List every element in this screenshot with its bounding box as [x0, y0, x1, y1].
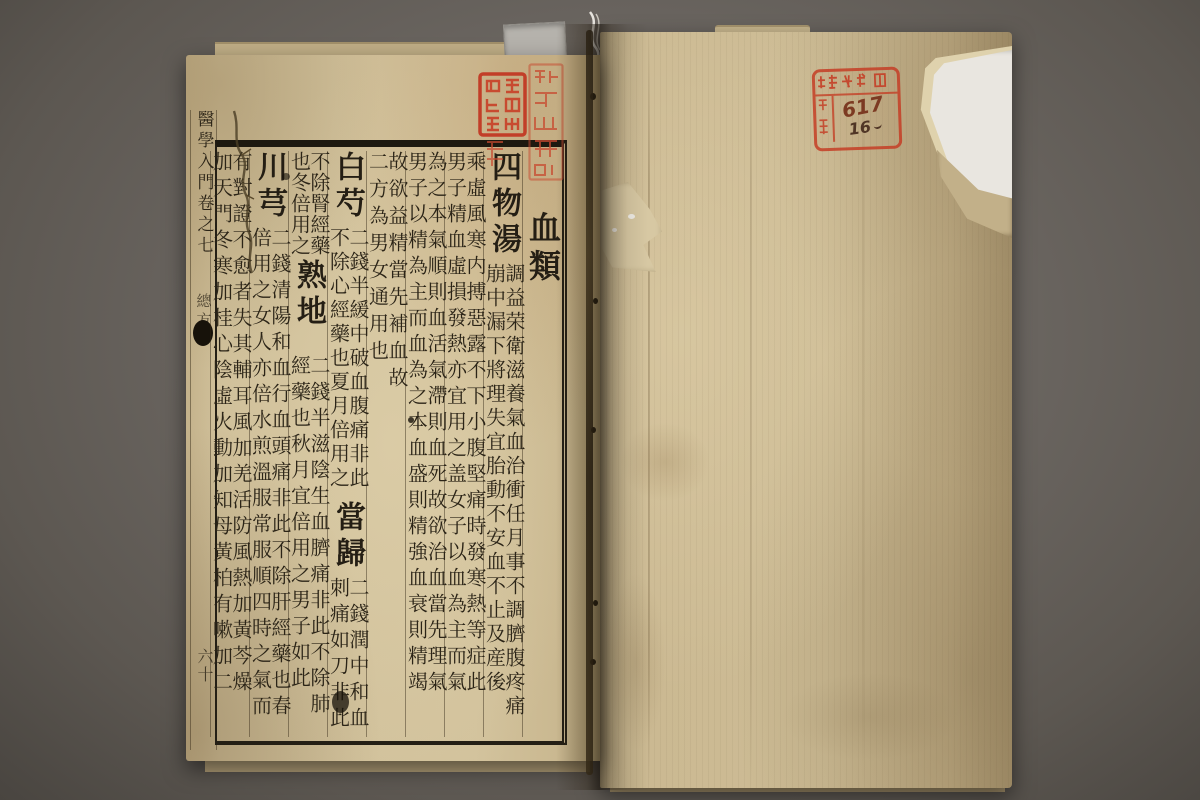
annotation-pair: 乘虛風寒内搏惡露不下小腹堅痛時發寒熱等症此 男子精血虛損發熱亦宜用之盖女子以血為…	[445, 151, 484, 741]
herb-name: 當歸	[328, 501, 367, 577]
ink-smudge	[332, 691, 349, 713]
library-stamp: 617 16	[812, 66, 903, 151]
paper-speck	[628, 214, 635, 219]
column-annotation: 故欲益精當先補血故 二方為男女通用也	[366, 151, 406, 737]
annotation-pair: 故欲益精當先補血故 二方為男女通用也	[367, 151, 406, 451]
paper-crease	[750, 32, 752, 788]
annotation-pair: 為之本氣順則血活氣滯則血死故欲治血當先理氣 男子以精為主而血為之本血盛則精強血衰…	[406, 151, 445, 741]
binding-hole	[593, 600, 598, 606]
binding-fold	[586, 30, 593, 775]
stamp-seal-characters-icon	[815, 70, 892, 93]
stamp-seal-characters-icon	[816, 96, 831, 138]
paper-stain	[620, 422, 710, 502]
text-frame: 血類 四物湯 調益荣衛滋養氣血治衝任月事不調臍腹疼痛 崩中漏下將理失宜胎動不安血…	[215, 140, 567, 745]
herb-name: 熟地	[289, 259, 328, 355]
annotation-pair: 二錢潤中和血 刺痛如刀非此	[328, 577, 367, 737]
photo-backdrop: 617 16 醫學入門卷之七 總方 六十 血類 四物湯 調益荣衛滋養氣血治衝任月…	[0, 0, 1200, 800]
seal-fragment-icon	[484, 139, 506, 169]
annotation-pair: 二錢半緩中破血腹痛非此 不除心經藥也夏月倍用之	[328, 227, 367, 501]
handwritten-volume-number: 16	[847, 115, 883, 138]
paper-stain	[606, 572, 666, 752]
herb-name: 白芍	[328, 151, 367, 227]
left-page: 醫學入門卷之七 總方 六十 血類 四物湯 調益荣衛滋養氣血治衝任月事不調臍腹疼痛…	[186, 55, 600, 761]
paper-crack	[226, 107, 266, 277]
annotation-pair: 不除腎經藥 也冬倍用之	[289, 151, 328, 259]
paper-stain	[780, 672, 960, 762]
column-category: 血類	[522, 151, 562, 737]
column-herbs: 不除腎經藥 也冬倍用之 熟地 二錢半滋陰生血臍痛非此不除肺 經藥也秋月宜倍用之男…	[288, 151, 328, 737]
annotation-pair: 調益荣衛滋養氣血治衝任月事不調臍腹疼痛 崩中漏下將理失宜胎動不安血不止及産後	[484, 263, 523, 741]
ink-dot	[408, 417, 414, 423]
right-page: 617 16	[600, 32, 1012, 788]
ink-dot	[282, 173, 290, 180]
collector-seal-icon	[478, 72, 527, 137]
paper-speck	[612, 228, 617, 232]
annotation-pair: 二錢清陽和血行血頭痛非此不除肝經藥也春 倍用之女人亦倍水煎溫服常服順四時之氣而	[250, 227, 289, 739]
binding-hole	[593, 298, 598, 304]
column-herbs: 白芍 二錢半緩中破血腹痛非此 不除心經藥也夏月倍用之 當歸 二錢潤中和血 刺痛如…	[327, 151, 367, 737]
stamp-header-band	[815, 70, 898, 97]
column-annotation: 為之本氣順則血活氣滯則血死故欲治血當先理氣 男子以精為主而血為之本血盛則精強血衰…	[405, 151, 445, 737]
annotation-pair: 二錢半滋陰生血臍痛非此不除肺 經藥也秋月宜倍用之男子如此	[289, 355, 328, 737]
collector-seal-icon	[528, 63, 564, 181]
column-annotation: 乘虛風寒内搏惡露不下小腹堅痛時發寒熱等症此 男子精血虛損發熱亦宜用之盖女子以血為…	[444, 151, 484, 737]
stamp-side-band	[816, 96, 836, 143]
column-formula-title: 四物湯 調益荣衛滋養氣血治衝任月事不調臍腹疼痛 崩中漏下將理失宜胎動不安血不止及…	[483, 151, 523, 737]
